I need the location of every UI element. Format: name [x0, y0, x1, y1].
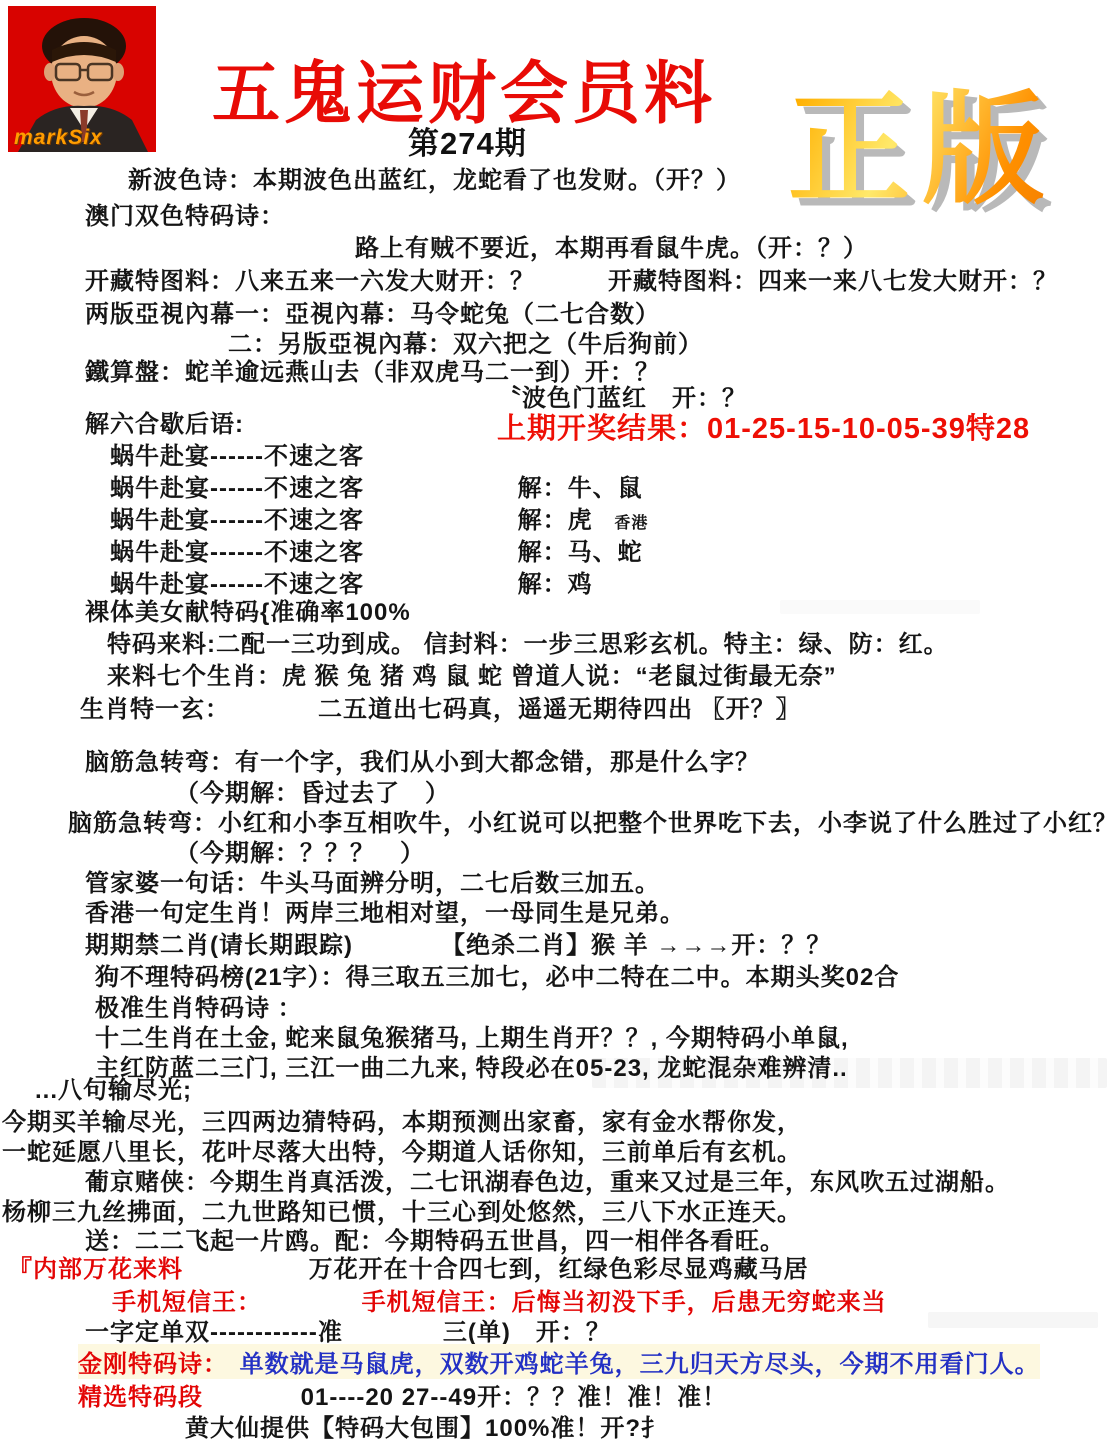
line-baju-heading: ...八句输尽光; [35, 1070, 192, 1105]
line-new-bose-poem: 新波色诗：本期波色出蓝红，龙蛇看了也发财。（开？） [128, 160, 741, 195]
issue-number: 第274期 [408, 118, 527, 163]
tip-sheet-page: markSix 五鬼运财会员料 第274期 正版 正版 新波色诗：本期波色出蓝红… [0, 0, 1113, 1449]
line-huangdaxian: 黄大仙提供【特码大包围】100%准！开?扌 [185, 1408, 666, 1443]
riddle-row: 蜗牛赴宴------不速之客 解：牛、鼠 [110, 468, 643, 503]
genuine-watermark: 正版 正版 [788, 52, 1108, 222]
riddle-row: 蜗牛赴宴------不速之客 解：马、蛇 [110, 532, 643, 567]
riddle-answer: 解：鸡 [518, 564, 593, 599]
line-jin-erxiao: 期期禁二肖(请长期跟踪) 【绝杀二肖】猴 羊 →→→开：？？ [85, 925, 831, 960]
watermark-text: 正版 [788, 52, 1056, 227]
jingxuan-label: 精选特码段 [78, 1377, 203, 1412]
last-draw-result: 上期开奖结果：01-25-15-10-05-39特28 [497, 406, 1030, 447]
riddle-text: 蜗牛赴宴------不速之客 [110, 532, 440, 567]
riddle-answer-note: 香港 [614, 510, 648, 533]
wanhua-text: 万花开在十合四七到，红绿色彩尽显鸡藏马居 [309, 1249, 809, 1284]
line-naojin1: 脑筋急转弯：有一个字，我们从小到大都念错，那是什么字？ [85, 742, 760, 777]
photo-caption: markSix [14, 126, 103, 150]
scan-artifact [780, 600, 980, 614]
line-kaicang-right: 开藏特图料：四来一来八七发大财开：？ [608, 261, 1058, 296]
line-shengxiao-texuan: 生肖特一玄： 二五道出七码真，遥遥无期待四出 〖开？〗 [80, 689, 801, 724]
scan-artifact [928, 1312, 1098, 1328]
line-jizhun-2: 主红防蓝二三门, 三江一曲二九来, 特段必在05-23, 龙蛇混杂难辨清.. [95, 1048, 848, 1083]
line-luoti: 裸体美女献特码{准确率100% [85, 592, 411, 627]
jingang-text: 单数就是马鼠虎，双数开鸡蛇羊兔，三九归天方尽头，今期不用看门人。 [240, 1344, 1040, 1379]
riddle-text: 蜗牛赴宴------不速之客 [110, 500, 440, 535]
riddle-row: 蜗牛赴宴------不速之客 [110, 436, 364, 471]
line-kaicang-left: 开藏特图料：八来五来一六发大财开：？ [85, 261, 535, 296]
line-wanhua: 『内部万花来料 万花开在十合四七到，红绿色彩尽显鸡藏马居 [8, 1249, 809, 1284]
riddle-answer: 解：虎 [518, 500, 593, 535]
jingxuan-text: 01----20 27--49开：？？准！准！准！ [301, 1377, 727, 1412]
line-qige-shengxiao: 来料七个生肖：虎 猴 兔 猪 鸡 鼠 蛇 曾道人说：“老鼠过街最无奈” [107, 656, 837, 691]
line-jingang: 金刚特码诗： 单数就是马鼠虎，双数开鸡蛇羊兔，三九归天方尽头，今期不用看门人。 [78, 1344, 1040, 1379]
line-xiehouyu-heading: 解六合歇后语: [85, 404, 244, 439]
jingang-label: 金刚特码诗： [78, 1344, 228, 1379]
riddle-answer: 解：牛、鼠 [518, 468, 643, 503]
portrait-photo: markSix [8, 6, 156, 152]
riddle-row: 蜗牛赴宴------不速之客 解：虎 香港 [110, 500, 648, 535]
line-macau-label: 澳门双色特码诗： [85, 196, 285, 231]
line-macau-poem: 路上有贼不要近，本期再看鼠牛虎。（开：？） [355, 228, 868, 263]
riddle-text: 蜗牛赴宴------不速之客 [110, 436, 364, 471]
wanhua-label: 『内部万花来料 [8, 1249, 183, 1284]
riddle-answer: 解：马、蛇 [518, 532, 643, 567]
line-goubuli: 狗不理特码榜(21字）：得三取五三加七，必中二特在二中。本期头奖02合 [95, 957, 899, 992]
riddle-text: 蜗牛赴宴------不速之客 [110, 468, 440, 503]
line-hongkong: 香港一句定生肖！两岸三地相对望，一母同生是兄弟。 [85, 893, 685, 928]
line-jingxuan: 精选特码段 01----20 27--49开：？？准！准！准！ [78, 1377, 727, 1412]
line-tema-laila: 特码来料:二配一三功到成。 信封料：一步三思彩玄机。特主：绿、防：红。 [107, 624, 949, 659]
line-yizi: 一字定单双------------准 三(单) 开：？ [85, 1312, 611, 1347]
